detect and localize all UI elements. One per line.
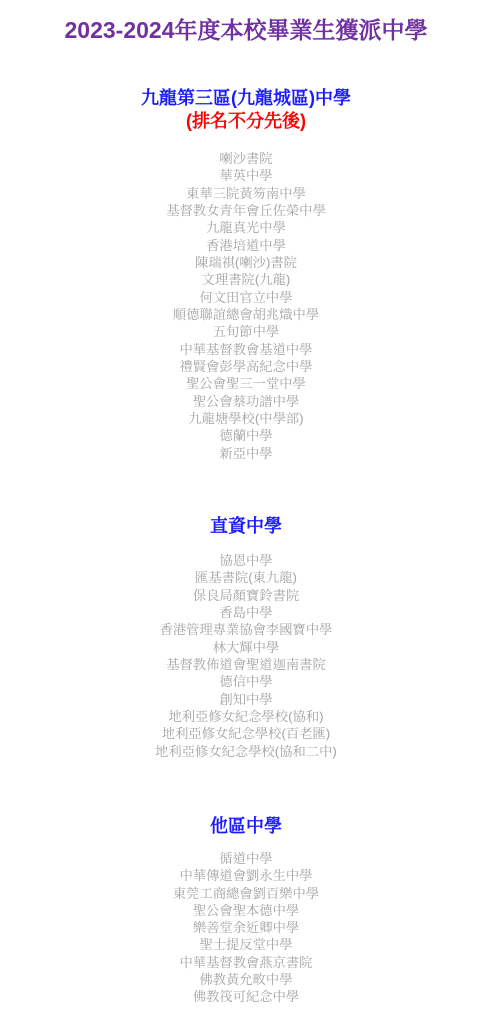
school-list-kowloon-city: 喇沙書院華英中學東華三院黃笏南中學基督教女青年會丘佐榮中學九龍真光中學香港培道中…: [0, 150, 492, 462]
section-other-districts: 他區中學 循道中學中華傳道會劉永生中學東莞工商總會劉百樂中學聖公會聖本德中學樂善…: [0, 815, 492, 1006]
school-item: 禮賢會彭學高紀念中學: [0, 358, 492, 375]
section-header-kowloon-city: 九龍第三區(九龍城區)中學: [0, 87, 492, 110]
section-header-block: 九龍第三區(九龍城區)中學 (排名不分先後): [0, 87, 492, 133]
school-item: 協恩中學: [0, 552, 492, 569]
page: 2023-2024年度本校畢業生獲派中學 九龍第三區(九龍城區)中學 (排名不分…: [0, 0, 492, 1024]
school-item: 香港培道中學: [0, 237, 492, 254]
school-item: 香港管理專業協會李國寶中學: [0, 621, 492, 638]
school-item: 中華基督教會基道中學: [0, 341, 492, 358]
school-item: 德蘭中學: [0, 427, 492, 444]
school-item: 聖公會蔡功譜中學: [0, 393, 492, 410]
school-item: 佛教筏可紀念中學: [0, 988, 492, 1005]
section-dss: 直資中學 協恩中學匯基書院(東九龍)保良局顏寶鈴書院香島中學香港管理專業協會李國…: [0, 515, 492, 760]
page-title: 2023-2024年度本校畢業生獲派中學: [8, 17, 484, 44]
section-header-other-districts: 他區中學: [0, 815, 492, 838]
section-kowloon-city: 九龍第三區(九龍城區)中學 (排名不分先後) 喇沙書院華英中學東華三院黃笏南中學…: [0, 87, 492, 462]
school-item: 香島中學: [0, 604, 492, 621]
school-item: 聖公會聖三一堂中學: [0, 375, 492, 392]
school-item: 循道中學: [0, 850, 492, 867]
school-item: 華英中學: [0, 167, 492, 184]
school-item: 保良局顏寶鈴書院: [0, 587, 492, 604]
school-item: 匯基書院(東九龍): [0, 569, 492, 586]
school-item: 中華傳道會劉永生中學: [0, 867, 492, 884]
school-list-other-districts: 循道中學中華傳道會劉永生中學東莞工商總會劉百樂中學聖公會聖本德中學樂善堂余近卿中…: [0, 850, 492, 1006]
school-item: 地利亞修女紀念學校(協和二中): [0, 743, 492, 760]
school-item: 地利亞修女紀念學校(協和): [0, 708, 492, 725]
section-header-block: 他區中學: [0, 815, 492, 838]
school-item: 地利亞修女紀念學校(百老匯): [0, 725, 492, 742]
school-item: 佛教黃允畋中學: [0, 971, 492, 988]
school-item: 聖公會聖本德中學: [0, 902, 492, 919]
school-item: 林大輝中學: [0, 639, 492, 656]
school-item: 東莞工商總會劉百樂中學: [0, 885, 492, 902]
school-item: 樂善堂余近卿中學: [0, 919, 492, 936]
ranking-note: (排名不分先後): [0, 110, 492, 133]
school-list-dss: 協恩中學匯基書院(東九龍)保良局顏寶鈴書院香島中學香港管理專業協會李國寶中學林大…: [0, 552, 492, 760]
school-item: 陳瑞祺(喇沙)書院: [0, 254, 492, 271]
section-header-block: 直資中學: [0, 515, 492, 538]
school-item: 基督教女青年會丘佐榮中學: [0, 202, 492, 219]
school-item: 九龍塘學校(中學部): [0, 410, 492, 427]
school-item: 德信中學: [0, 673, 492, 690]
school-item: 喇沙書院: [0, 150, 492, 167]
school-item: 基督教佈道會聖道迦南書院: [0, 656, 492, 673]
school-item: 何文田官立中學: [0, 289, 492, 306]
school-item: 五旬節中學: [0, 323, 492, 340]
section-header-dss: 直資中學: [0, 515, 492, 538]
school-item: 中華基督教會燕京書院: [0, 954, 492, 971]
school-item: 順德聯誼總會胡兆熾中學: [0, 306, 492, 323]
school-item: 東華三院黃笏南中學: [0, 185, 492, 202]
school-item: 新亞中學: [0, 445, 492, 462]
school-item: 聖士提反堂中學: [0, 936, 492, 953]
school-item: 創知中學: [0, 691, 492, 708]
school-item: 文理書院(九龍): [0, 271, 492, 288]
school-item: 九龍真光中學: [0, 219, 492, 236]
